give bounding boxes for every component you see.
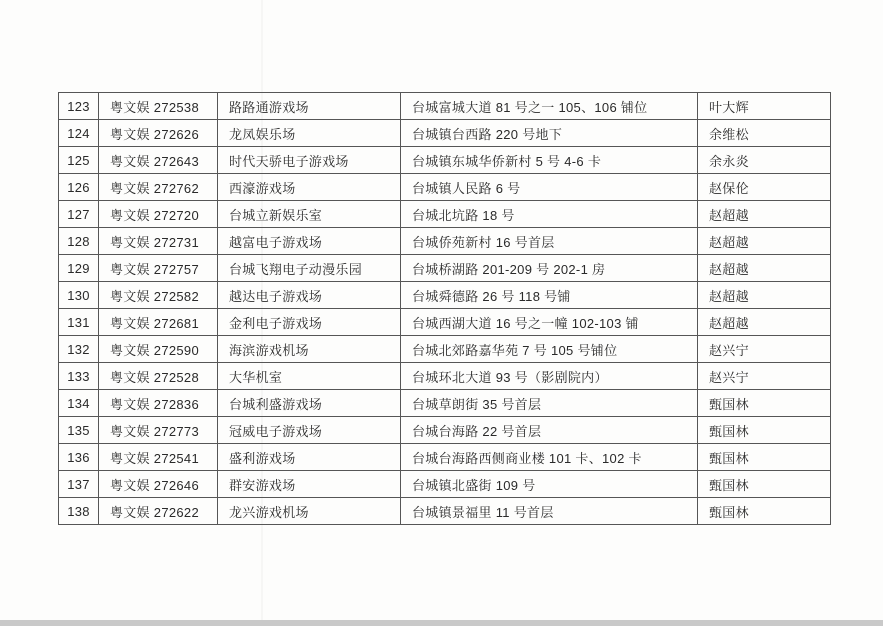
table-row: 128粤文娱 272731越富电子游戏场台城侨苑新村 16 号首层赵超越 (59, 228, 831, 255)
cell-license-number: 粤文娱 272646 (99, 471, 218, 498)
cell-license-number: 粤文娱 272731 (99, 228, 218, 255)
cell-row-number: 138 (59, 498, 99, 525)
table-row: 138粤文娱 272622龙兴游戏机场台城镇景福里 11 号首层甄国林 (59, 498, 831, 525)
table-row: 134粤文娱 272836台城利盛游戏场台城草朗街 35 号首层甄国林 (59, 390, 831, 417)
cell-venue-name: 金利电子游戏场 (218, 309, 401, 336)
cell-venue-name: 越达电子游戏场 (218, 282, 401, 309)
cell-license-number: 粤文娱 272773 (99, 417, 218, 444)
cell-license-number: 粤文娱 272622 (99, 498, 218, 525)
cell-row-number: 137 (59, 471, 99, 498)
cell-row-number: 135 (59, 417, 99, 444)
cell-venue-name: 台城飞翔电子动漫乐园 (218, 255, 401, 282)
cell-venue-name: 路路通游戏场 (218, 93, 401, 120)
table-row: 124粤文娱 272626龙凤娱乐场台城镇台西路 220 号地下余维松 (59, 120, 831, 147)
cell-address: 台城镇东城华侨新村 5 号 4-6 卡 (401, 147, 698, 174)
cell-address: 台城北坑路 18 号 (401, 201, 698, 228)
cell-manager-name: 赵保伦 (698, 174, 831, 201)
table-row: 130粤文娱 272582越达电子游戏场台城舜德路 26 号 118 号铺赵超越 (59, 282, 831, 309)
table-row: 137粤文娱 272646群安游戏场台城镇北盛街 109 号甄国林 (59, 471, 831, 498)
cell-address: 台城舜德路 26 号 118 号铺 (401, 282, 698, 309)
cell-row-number: 131 (59, 309, 99, 336)
license-table-body: 123粤文娱 272538路路通游戏场台城富城大道 81 号之一 105、106… (59, 93, 831, 525)
cell-manager-name: 叶大辉 (698, 93, 831, 120)
cell-license-number: 粤文娱 272528 (99, 363, 218, 390)
cell-license-number: 粤文娱 272590 (99, 336, 218, 363)
table-row: 123粤文娱 272538路路通游戏场台城富城大道 81 号之一 105、106… (59, 93, 831, 120)
cell-license-number: 粤文娱 272538 (99, 93, 218, 120)
cell-venue-name: 越富电子游戏场 (218, 228, 401, 255)
cell-license-number: 粤文娱 272541 (99, 444, 218, 471)
cell-license-number: 粤文娱 272681 (99, 309, 218, 336)
cell-license-number: 粤文娱 272762 (99, 174, 218, 201)
cell-venue-name: 大华机室 (218, 363, 401, 390)
cell-manager-name: 甄国林 (698, 417, 831, 444)
cell-venue-name: 时代天骄电子游戏场 (218, 147, 401, 174)
cell-manager-name: 赵超越 (698, 255, 831, 282)
cell-license-number: 粤文娱 272720 (99, 201, 218, 228)
license-table: 123粤文娱 272538路路通游戏场台城富城大道 81 号之一 105、106… (58, 92, 831, 525)
cell-address: 台城富城大道 81 号之一 105、106 铺位 (401, 93, 698, 120)
cell-manager-name: 甄国林 (698, 444, 831, 471)
cell-manager-name: 余永炎 (698, 147, 831, 174)
cell-row-number: 124 (59, 120, 99, 147)
cell-row-number: 123 (59, 93, 99, 120)
cell-row-number: 130 (59, 282, 99, 309)
cell-manager-name: 赵超越 (698, 228, 831, 255)
cell-venue-name: 群安游戏场 (218, 471, 401, 498)
cell-row-number: 126 (59, 174, 99, 201)
cell-address: 台城桥湖路 201-209 号 202-1 房 (401, 255, 698, 282)
cell-manager-name: 甄国林 (698, 390, 831, 417)
cell-address: 台城镇台西路 220 号地下 (401, 120, 698, 147)
cell-venue-name: 台城利盛游戏场 (218, 390, 401, 417)
cell-venue-name: 冠威电子游戏场 (218, 417, 401, 444)
cell-manager-name: 余维松 (698, 120, 831, 147)
cell-row-number: 129 (59, 255, 99, 282)
cell-address: 台城镇人民路 6 号 (401, 174, 698, 201)
cell-venue-name: 海滨游戏机场 (218, 336, 401, 363)
cell-address: 台城镇景福里 11 号首层 (401, 498, 698, 525)
cell-manager-name: 甄国林 (698, 498, 831, 525)
cell-venue-name: 龙凤娱乐场 (218, 120, 401, 147)
cell-manager-name: 甄国林 (698, 471, 831, 498)
cell-row-number: 132 (59, 336, 99, 363)
cell-venue-name: 龙兴游戏机场 (218, 498, 401, 525)
cell-address: 台城侨苑新村 16 号首层 (401, 228, 698, 255)
cell-row-number: 127 (59, 201, 99, 228)
table-row: 126粤文娱 272762西濠游戏场台城镇人民路 6 号赵保伦 (59, 174, 831, 201)
cell-manager-name: 赵超越 (698, 282, 831, 309)
cell-license-number: 粤文娱 272643 (99, 147, 218, 174)
table-row: 131粤文娱 272681金利电子游戏场台城西湖大道 16 号之一幢 102-1… (59, 309, 831, 336)
cell-manager-name: 赵超越 (698, 309, 831, 336)
cell-license-number: 粤文娱 272757 (99, 255, 218, 282)
cell-address: 台城环北大道 93 号（影剧院内） (401, 363, 698, 390)
cell-address: 台城台海路 22 号首层 (401, 417, 698, 444)
cell-row-number: 133 (59, 363, 99, 390)
cell-address: 台城西湖大道 16 号之一幢 102-103 铺 (401, 309, 698, 336)
cell-venue-name: 西濠游戏场 (218, 174, 401, 201)
cell-manager-name: 赵兴宁 (698, 336, 831, 363)
cell-license-number: 粤文娱 272836 (99, 390, 218, 417)
table-row: 135粤文娱 272773冠威电子游戏场台城台海路 22 号首层甄国林 (59, 417, 831, 444)
table-row: 127粤文娱 272720台城立新娱乐室台城北坑路 18 号赵超越 (59, 201, 831, 228)
cell-address: 台城台海路西侧商业楼 101 卡、102 卡 (401, 444, 698, 471)
cell-row-number: 136 (59, 444, 99, 471)
cell-row-number: 128 (59, 228, 99, 255)
cell-row-number: 134 (59, 390, 99, 417)
cell-venue-name: 台城立新娱乐室 (218, 201, 401, 228)
cell-license-number: 粤文娱 272626 (99, 120, 218, 147)
table-row: 129粤文娱 272757台城飞翔电子动漫乐园台城桥湖路 201-209 号 2… (59, 255, 831, 282)
cell-row-number: 125 (59, 147, 99, 174)
scanned-document-page: 123粤文娱 272538路路通游戏场台城富城大道 81 号之一 105、106… (0, 0, 883, 626)
cell-manager-name: 赵兴宁 (698, 363, 831, 390)
cell-license-number: 粤文娱 272582 (99, 282, 218, 309)
scan-edge-shadow (0, 620, 883, 626)
cell-address: 台城北郊路嘉华苑 7 号 105 号铺位 (401, 336, 698, 363)
table-row: 133粤文娱 272528大华机室台城环北大道 93 号（影剧院内）赵兴宁 (59, 363, 831, 390)
cell-venue-name: 盛利游戏场 (218, 444, 401, 471)
cell-manager-name: 赵超越 (698, 201, 831, 228)
table-row: 132粤文娱 272590海滨游戏机场台城北郊路嘉华苑 7 号 105 号铺位赵… (59, 336, 831, 363)
table-row: 125粤文娱 272643时代天骄电子游戏场台城镇东城华侨新村 5 号 4-6 … (59, 147, 831, 174)
table-row: 136粤文娱 272541盛利游戏场台城台海路西侧商业楼 101 卡、102 卡… (59, 444, 831, 471)
cell-address: 台城镇北盛街 109 号 (401, 471, 698, 498)
cell-address: 台城草朗街 35 号首层 (401, 390, 698, 417)
